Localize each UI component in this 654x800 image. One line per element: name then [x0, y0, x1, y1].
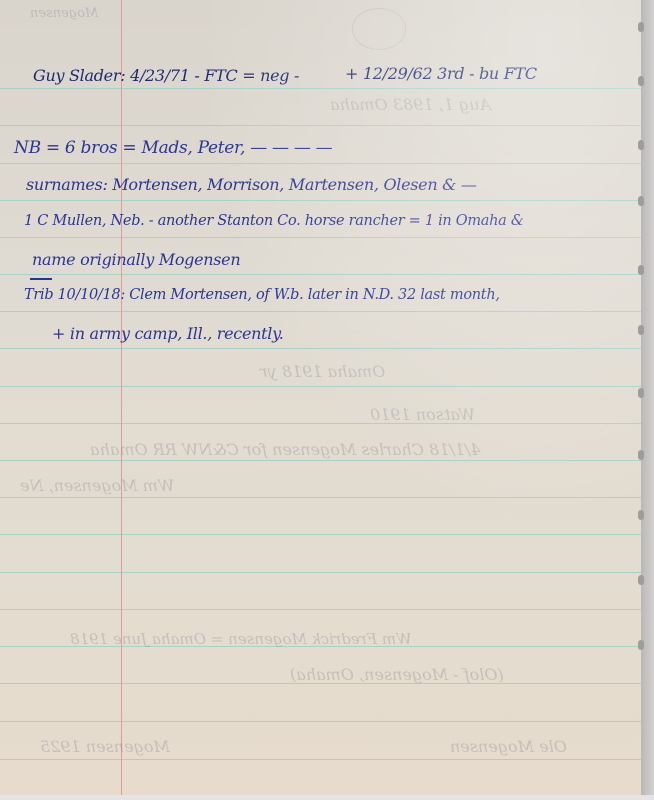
perforation-hole	[638, 22, 644, 32]
rule-line	[0, 386, 641, 387]
handwritten-line-6: Trib 10/10/18: Clem Mortensen, of W.b. l…	[24, 287, 500, 303]
bleed-through-text: Wm Mogensen, Ne	[20, 476, 174, 495]
rule-line	[0, 423, 641, 424]
rule-line	[0, 460, 641, 461]
perforation-hole	[638, 510, 644, 520]
perforation-hole	[638, 140, 644, 150]
perforation-hole	[638, 76, 644, 86]
rule-line	[0, 534, 641, 535]
perforation-hole	[638, 388, 644, 398]
rule-line	[0, 721, 641, 722]
rule-line	[0, 497, 641, 498]
rule-line	[0, 237, 641, 238]
rule-line	[0, 311, 641, 312]
rule-line	[0, 88, 641, 89]
bleed-through-text: (Olof - Mogensen, Omaha)	[290, 665, 504, 684]
bleed-through-text: Omaha 1918 yr	[260, 362, 385, 381]
perforation-hole	[638, 575, 644, 585]
handwritten-line-3: surnames: Mortensen, Morrison, Martensen…	[26, 175, 477, 194]
notebook-page: Mogensen Aug 1, 1983 Omaha Omaha 1918 yr…	[0, 0, 641, 795]
handwritten-line-7: + in army camp, Ill., recently.	[52, 324, 283, 343]
bleed-through-text: Mogensen	[30, 6, 98, 21]
handwritten-line-1-right: + 12/29/62 3rd - bu FTC	[345, 64, 537, 83]
bleed-through-text: Watson 1910	[370, 405, 475, 424]
rule-line	[0, 609, 641, 610]
page-bottom-edge	[0, 795, 654, 800]
rule-line	[0, 200, 641, 201]
rule-line	[0, 125, 641, 126]
bleed-through-text: Aug 1, 1983 Omaha	[330, 95, 491, 114]
rule-line	[0, 274, 641, 275]
handwritten-line-4: 1 C Mullen, Neb. - another Stanton Co. h…	[24, 213, 523, 229]
underline-mark	[30, 278, 52, 280]
handwritten-line-2: NB = 6 bros = Mads, Peter, — — — —	[14, 138, 332, 158]
rule-line	[0, 163, 641, 164]
rule-line	[0, 572, 641, 573]
handwritten-line-5: name originally Mogensen	[32, 250, 240, 269]
bleed-through-text: Wm Fredrick Mogensen = Omaha June 1918	[70, 630, 412, 648]
perforation-hole	[638, 450, 644, 460]
faint-stamp-mark	[352, 8, 406, 50]
page-right-edge	[641, 0, 654, 800]
perforation-hole	[638, 265, 644, 275]
rule-line	[0, 348, 641, 349]
handwritten-line-1-left: Guy Slader: 4/23/71 - FTC = neg -	[33, 66, 299, 85]
perforation-hole	[638, 325, 644, 335]
perforation-hole	[638, 196, 644, 206]
bleed-through-text: Mogensen 1925	[40, 737, 170, 756]
bleed-through-text: Ole Mogensen	[450, 737, 567, 756]
rule-line	[0, 759, 641, 760]
bleed-through-text: 4/1/18 Charles Mogensen for C&NW RR Omah…	[90, 440, 480, 459]
margin-line	[121, 0, 122, 795]
perforation-hole	[638, 640, 644, 650]
